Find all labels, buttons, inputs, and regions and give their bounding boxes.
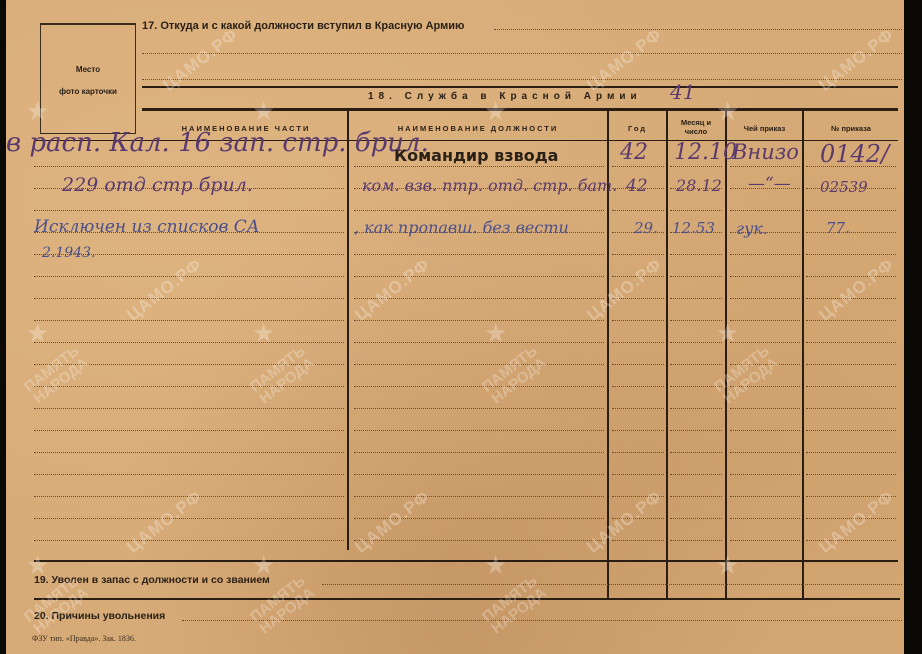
row-ruling [354, 452, 604, 453]
column-header-order-by: Чей приказ [727, 124, 802, 133]
watermark-archive: ЦАМО.РФ [123, 255, 206, 326]
watermark-star-icon: ★ [252, 96, 275, 127]
row-1-date: 12.10 [674, 140, 737, 165]
row-ruling [730, 474, 800, 475]
column-divider-4 [725, 110, 727, 600]
row-ruling [806, 452, 896, 453]
row-ruling [354, 254, 604, 255]
table-top-border [142, 108, 898, 111]
watermark-archive: ЦАМО.РФ [351, 487, 434, 558]
row-ruling [670, 254, 722, 255]
watermark-archive: ЦАМО.РФ [583, 255, 666, 326]
row-3-position: , как пропавш. без вести [354, 218, 569, 237]
row-ruling [806, 364, 896, 365]
row-ruling [612, 166, 664, 167]
row-ruling [730, 320, 800, 321]
watermark-star-icon: ★ [716, 550, 739, 581]
row-ruling [806, 430, 896, 431]
row-ruling [730, 540, 800, 541]
row-ruling [670, 276, 722, 277]
row-ruling [730, 518, 800, 519]
row-ruling [730, 254, 800, 255]
row-ruling [670, 386, 722, 387]
section-19-label: 19. Уволен в запас с должности и со зван… [34, 574, 270, 586]
column-divider-5 [802, 110, 804, 600]
watermark-star-icon: ★ [26, 318, 49, 349]
row-ruling [806, 254, 896, 255]
row-ruling [612, 364, 664, 365]
section-20-label: 20. Причины увольнения [34, 610, 165, 622]
row-ruling [612, 408, 664, 409]
watermark-archive: ЦАМО.РФ [815, 25, 898, 96]
watermark-archive: ЦАМО.РФ [815, 487, 898, 558]
row-ruling [806, 518, 896, 519]
column-header-year: Год [609, 124, 666, 133]
row-1-unit: в расп. Кал. 16 зап. стр. брил. [6, 128, 429, 158]
row-ruling [354, 496, 604, 497]
row-ruling [670, 452, 722, 453]
row-ruling [34, 452, 344, 453]
row-ruling [612, 518, 664, 519]
row-3-unit: Исключен из списков СА [34, 217, 260, 237]
watermark-archive: ЦАМО.РФ [159, 25, 242, 96]
row-ruling [34, 430, 344, 431]
watermark-archive: ЦАМО.РФ [583, 25, 666, 96]
row-ruling [612, 342, 664, 343]
row-ruling [354, 210, 604, 211]
row-ruling [730, 298, 800, 299]
row-ruling [730, 342, 800, 343]
row-ruling [806, 298, 896, 299]
row-ruling [806, 232, 896, 233]
watermark-star-icon: ★ [252, 318, 275, 349]
row-ruling [34, 474, 344, 475]
row-ruling [354, 364, 604, 365]
row-3-date: 12.53 [672, 219, 715, 237]
row-ruling [806, 276, 896, 277]
row-ruling [806, 474, 896, 475]
row-ruling [806, 540, 896, 541]
row-ruling [354, 166, 604, 167]
row-ruling [806, 386, 896, 387]
row-2-unit: 229 отд стр брил. [62, 174, 253, 196]
watermark-archive: ЦАМО.РФ [583, 487, 666, 558]
row-3-order-no: 77. [826, 219, 850, 237]
row-ruling [612, 298, 664, 299]
row-ruling [670, 408, 722, 409]
divider-top [142, 86, 898, 88]
section-17-line-3 [142, 79, 902, 80]
row-ruling [34, 518, 344, 519]
row-3-order-by: гук. [736, 219, 768, 238]
row-4-unit: 2.1943. [42, 245, 95, 261]
row-ruling [354, 518, 604, 519]
row-ruling [806, 320, 896, 321]
row-ruling [612, 474, 664, 475]
column-divider-3 [666, 110, 668, 600]
watermark-archive: ЦАМО.РФ [815, 255, 898, 326]
row-1-position: Командир взвода [394, 146, 558, 165]
row-ruling [612, 386, 664, 387]
row-2-year: 42 [626, 176, 648, 196]
row-ruling [34, 408, 344, 409]
row-ruling [670, 540, 722, 541]
row-ruling [670, 518, 722, 519]
row-ruling [730, 210, 800, 211]
row-ruling [34, 276, 344, 277]
section-19-line [322, 584, 902, 585]
row-3-year: 29. [634, 219, 658, 237]
row-ruling [670, 474, 722, 475]
row-ruling [612, 452, 664, 453]
row-ruling [354, 474, 604, 475]
column-header-date: Месяц и число [670, 118, 722, 136]
row-ruling [670, 364, 722, 365]
row-ruling [670, 298, 722, 299]
row-ruling [612, 540, 664, 541]
row-1-year: 42 [620, 140, 648, 165]
row-ruling [670, 342, 722, 343]
row-2-order-no: 02539 [820, 178, 868, 196]
row-ruling [34, 342, 344, 343]
row-ruling [730, 276, 800, 277]
row-ruling [34, 364, 344, 365]
row-ruling [670, 320, 722, 321]
photo-box-label-2: фото карточки [41, 87, 135, 96]
row-ruling [612, 254, 664, 255]
row-ruling [730, 496, 800, 497]
row-ruling [354, 408, 604, 409]
row-2-position: ком. взв. птр. отд. стр. бат. [362, 176, 617, 195]
row-ruling [612, 496, 664, 497]
watermark-project: ПАМЯТЬНАРОДА [712, 343, 782, 407]
column-header-order-no: № приказа [804, 124, 898, 133]
row-ruling [354, 276, 604, 277]
section-17-line-2 [142, 53, 902, 54]
row-2-date: 28.12 [676, 176, 722, 195]
row-ruling [354, 342, 604, 343]
row-ruling [612, 276, 664, 277]
column-divider-1 [347, 110, 349, 550]
row-ruling [806, 408, 896, 409]
row-ruling [354, 430, 604, 431]
section-18-label: 18. Служба в Красной Армии [368, 91, 642, 102]
row-ruling [34, 496, 344, 497]
row-1-order-by: Внизо [732, 140, 799, 164]
row-ruling [34, 386, 344, 387]
watermark-project: ПАМЯТЬНАРОДА [248, 343, 318, 407]
row-ruling [612, 430, 664, 431]
row-ruling [34, 298, 344, 299]
section-19-bottom-border [34, 598, 900, 600]
row-ruling [670, 210, 722, 211]
row-ruling [612, 210, 664, 211]
watermark-archive: ЦАМО.РФ [123, 487, 206, 558]
table-bottom-border [34, 560, 898, 562]
row-ruling [730, 430, 800, 431]
printer-imprint: ФЗУ тип. «Правда». Зак. 1836. [32, 634, 136, 643]
row-ruling [354, 320, 604, 321]
row-ruling [670, 430, 722, 431]
section-17-label: 17. Откуда и с какой должности вступил в… [142, 20, 464, 32]
row-ruling [34, 166, 344, 167]
row-ruling [730, 166, 800, 167]
row-ruling [730, 408, 800, 409]
section-20-line [182, 620, 902, 621]
photo-box-label-1: Место [41, 65, 135, 74]
row-ruling [670, 166, 722, 167]
row-ruling [806, 342, 896, 343]
row-ruling [670, 496, 722, 497]
section-17-line-1 [494, 29, 902, 30]
row-ruling [354, 386, 604, 387]
row-ruling [354, 298, 604, 299]
watermark-star-icon: ★ [484, 318, 507, 349]
row-ruling [354, 540, 604, 541]
row-1-order-no: 0142/ [820, 140, 889, 168]
row-ruling [730, 364, 800, 365]
row-ruling [34, 210, 344, 211]
watermark-star-icon: ★ [716, 318, 739, 349]
section-18-handwritten-mark: 41 [670, 80, 695, 104]
photo-placeholder-box: Место фото карточки [40, 23, 136, 134]
row-ruling [730, 452, 800, 453]
row-ruling [730, 386, 800, 387]
row-ruling [34, 540, 344, 541]
watermark-star-icon: ★ [484, 550, 507, 581]
row-ruling [806, 496, 896, 497]
row-ruling [806, 210, 896, 211]
watermark-project: ПАМЯТЬНАРОДА [480, 573, 550, 637]
watermark-project: ПАМЯТЬНАРОДА [22, 343, 92, 407]
row-ruling [34, 320, 344, 321]
row-ruling [612, 320, 664, 321]
archive-card-sheet: Место фото карточки 17. Откуда и с какой… [6, 0, 904, 654]
row-2-order-by: —“— [748, 174, 791, 194]
watermark-archive: ЦАМО.РФ [351, 255, 434, 326]
watermark-project: ПАМЯТЬНАРОДА [480, 343, 550, 407]
